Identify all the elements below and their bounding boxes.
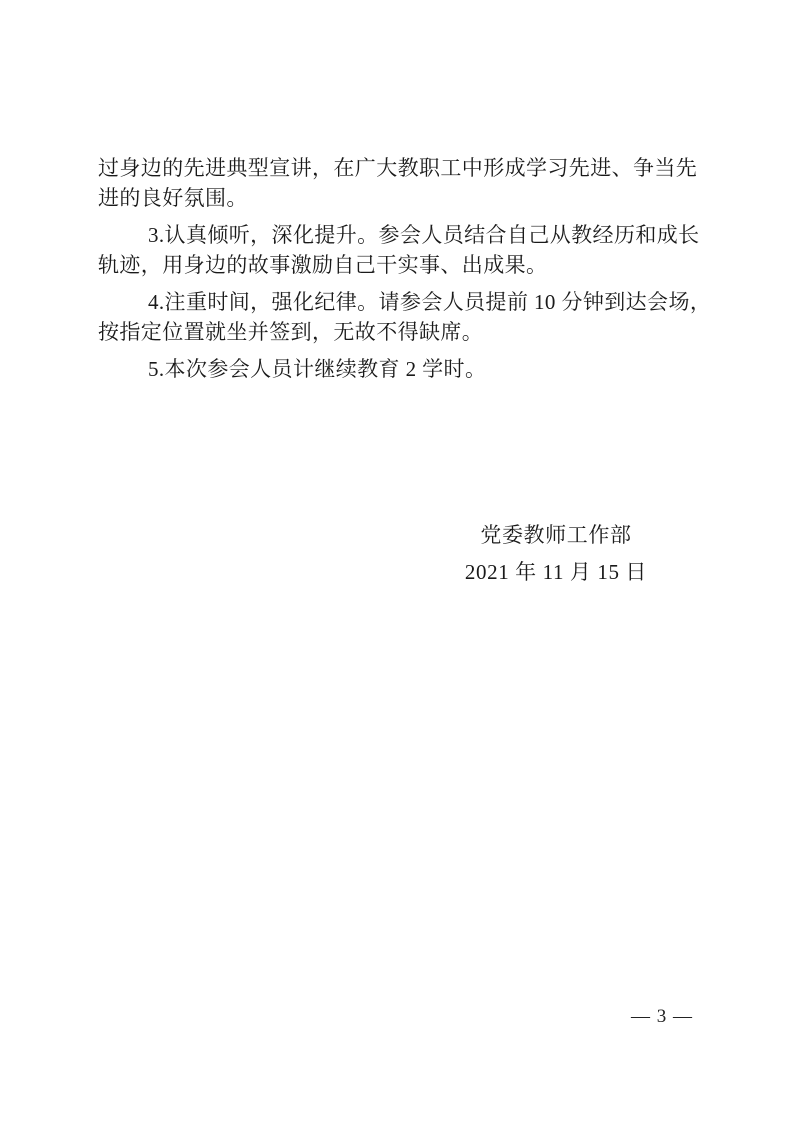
text-line: 按指定位置就坐并签到，无故不得缺席。 [98,317,698,347]
document-body: 过身边的先进典型宣讲，在广大教职工中形成学习先进、争当先 进的良好氛围。 3.认… [98,153,698,384]
signature-block: 党委教师工作部 2021 年 11 月 15 日 [465,517,647,591]
text-line: 3.认真倾听，深化提升。参会人员结合自己从教经历和成长 [98,220,698,250]
text-line: 4.注重时间，强化纪律。请参会人员提前 10 分钟到达会场， [98,287,698,317]
paragraph-continuation: 过身边的先进典型宣讲，在广大教职工中形成学习先进、争当先 进的良好氛围。 [98,153,698,213]
document-page: 过身边的先进典型宣讲，在广大教职工中形成学习先进、争当先 进的良好氛围。 3.认… [0,0,793,1122]
paragraph-item-3: 3.认真倾听，深化提升。参会人员结合自己从教经历和成长 轨迹，用身边的故事激励自… [98,220,698,280]
text-line: 进的良好氛围。 [98,183,698,213]
issuer-name: 党委教师工作部 [465,517,647,554]
text-line: 轨迹，用身边的故事激励自己干实事、出成果。 [98,250,698,280]
issue-date: 2021 年 11 月 15 日 [465,554,647,591]
text-line: 5.本次参会人员计继续教育 2 学时。 [98,354,698,384]
page-number: — 3 — [631,1003,693,1031]
text-line: 过身边的先进典型宣讲，在广大教职工中形成学习先进、争当先 [98,153,698,183]
paragraph-item-5: 5.本次参会人员计继续教育 2 学时。 [98,354,698,384]
paragraph-item-4: 4.注重时间，强化纪律。请参会人员提前 10 分钟到达会场， 按指定位置就坐并签… [98,287,698,347]
